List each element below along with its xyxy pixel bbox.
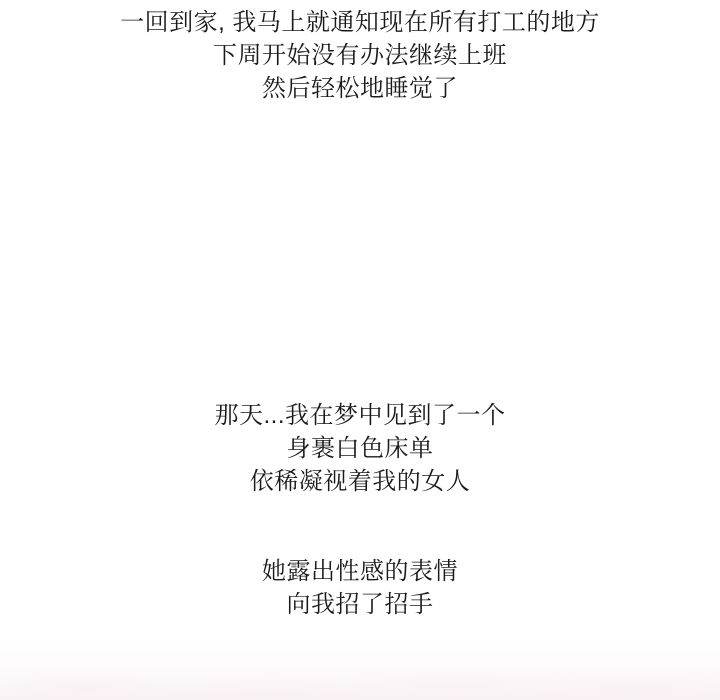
narration-line: 那天...我在梦中见到了一个: [0, 399, 720, 432]
comic-page: 一回到家, 我马上就通知现在所有打工的地方 下周开始没有办法继续上班 然后轻松地…: [0, 0, 720, 700]
narration-block-top: 一回到家, 我马上就通知现在所有打工的地方 下周开始没有办法继续上班 然后轻松地…: [0, 6, 720, 105]
narration-line: 向我招了招手: [0, 588, 720, 621]
next-panel-faint-edge: [0, 642, 720, 700]
narration-line: 身裹白色床单: [0, 432, 720, 465]
narration-block-middle: 那天...我在梦中见到了一个 身裹白色床单 依稀凝视着我的女人: [0, 399, 720, 498]
narration-line: 下周开始没有办法继续上班: [0, 39, 720, 72]
narration-line: 依稀凝视着我的女人: [0, 465, 720, 498]
narration-line: 她露出性感的表情: [0, 555, 720, 588]
narration-line: 然后轻松地睡觉了: [0, 72, 720, 105]
narration-block-bottom: 她露出性感的表情 向我招了招手: [0, 555, 720, 621]
narration-line: 一回到家, 我马上就通知现在所有打工的地方: [0, 6, 720, 39]
